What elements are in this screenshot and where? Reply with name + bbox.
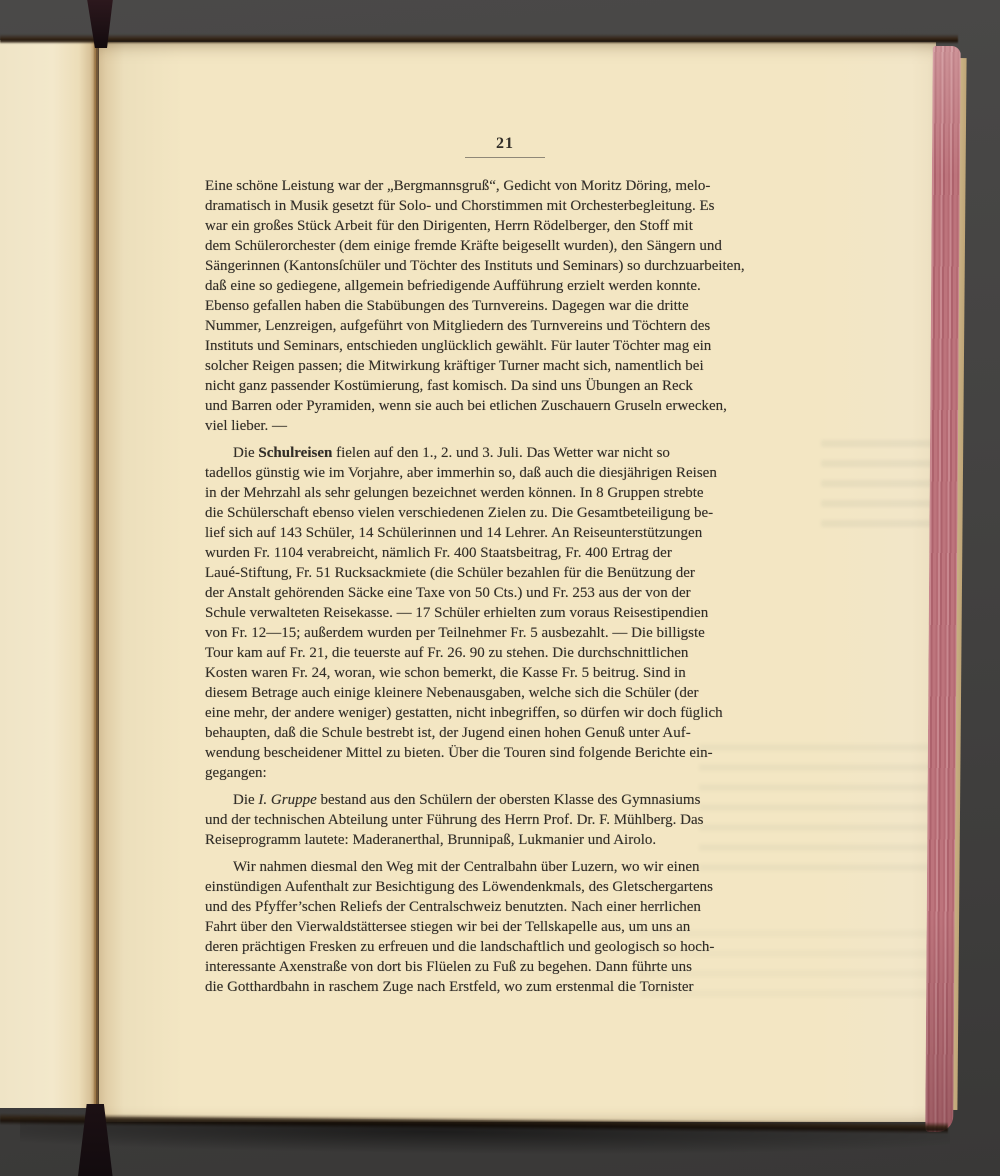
text-line: Nummer, Lenzreigen, aufgeführt von Mitgl…: [205, 316, 805, 336]
text-line: interessante Axenstraße von dort bis Flü…: [205, 957, 805, 977]
text-line: wurden Fr. 1104 verabreicht, nämlich Fr.…: [205, 543, 805, 563]
text-line: wendung bescheidener Mittel zu bieten. Ü…: [205, 743, 805, 763]
text-line: die Gotthardbahn in raschem Zuge nach Er…: [205, 977, 805, 997]
paragraph: Eine schöne Leistung war der „Bergmannsg…: [205, 176, 805, 436]
text-line: Tour kam auf Fr. 21, die teuerste auf Fr…: [205, 643, 805, 663]
text-line: diesem Betrage auch einige kleinere Nebe…: [205, 683, 805, 703]
text-line: tadellos günstig wie im Vorjahre, aber i…: [205, 463, 805, 483]
text-line: eine mehr, der andere weniger) gestatten…: [205, 703, 805, 723]
text-line: gegangen:: [205, 763, 805, 783]
text-line: einstündigen Aufenthalt zur Besichtigung…: [205, 877, 805, 897]
text-line: behaupten, daß die Schule bestrebt ist, …: [205, 723, 805, 743]
text-line: der Anstalt gehörenden Säcke eine Taxe v…: [205, 583, 805, 603]
text-line: von Fr. 12—15; außerdem wurden per Teiln…: [205, 623, 805, 643]
page-number: 21: [205, 135, 805, 153]
text-line: und Barren oder Pyramiden, wenn sie auch…: [205, 396, 805, 416]
text-line: Laué-Stiftung, Fr. 51 Rucksackmiete (die…: [205, 563, 805, 583]
facing-page: [0, 40, 96, 1108]
text-line: Die I. Gruppe bestand aus den Schülern d…: [205, 790, 805, 810]
text-line: Sängerinnen (Kantonsſchüler und Töchter …: [205, 256, 805, 276]
text-line: dramatisch in Musik gesetzt für Solo- un…: [205, 196, 805, 216]
book-page: 21 Eine schöne Leistung war der „Bergman…: [99, 42, 936, 1122]
text-line: dem Schülerorchester (dem einige fremde …: [205, 236, 805, 256]
text-line: deren prächtigen Fresken zu erfreuen und…: [205, 937, 805, 957]
text-line: und des Pfyffer’schen Reliefs der Centra…: [205, 897, 805, 917]
text-line: Ebenso gefallen haben die Stabübungen de…: [205, 296, 805, 316]
text-line: nicht ganz passender Kostümierung, fast …: [205, 376, 805, 396]
text-line: Instituts und Seminars, entschieden ungl…: [205, 336, 805, 356]
paragraph: Die Schulreisen fielen auf den 1., 2. un…: [205, 443, 805, 783]
text-line: viel lieber. —: [205, 416, 805, 436]
paragraph: Wir nahmen diesmal den Weg mit der Centr…: [205, 857, 805, 997]
text-line: lief sich auf 143 Schüler, 14 Schülerinn…: [205, 523, 805, 543]
text-line: Wir nahmen diesmal den Weg mit der Centr…: [205, 857, 805, 877]
page-number-rule: [465, 157, 545, 158]
text-line: in der Mehrzahl als sehr gelungen bezeic…: [205, 483, 805, 503]
book-scan: 21 Eine schöne Leistung war der „Bergman…: [0, 0, 1000, 1176]
text-line: Fahrt über den Vierwaldstättersee stiege…: [205, 917, 805, 937]
page-top-edge: [0, 34, 958, 44]
text-line: die Schülerschaft ebenso vielen verschie…: [205, 503, 805, 523]
paragraph: Die I. Gruppe bestand aus den Schülern d…: [205, 790, 805, 850]
body-text: Eine schöne Leistung war der „Bergmannsg…: [205, 176, 805, 997]
text-line: Die Schulreisen fielen auf den 1., 2. un…: [205, 443, 805, 463]
book-shadow: [20, 1116, 950, 1164]
text-line: Kosten waren Fr. 24, woran, wie schon be…: [205, 663, 805, 683]
text-line: solcher Reigen passen; die Mitwirkung kr…: [205, 356, 805, 376]
text-line: und der technischen Abteilung unter Führ…: [205, 810, 805, 830]
text-line: Schule verwalteten Reisekasse. — 17 Schü…: [205, 603, 805, 623]
text-column: 21 Eine schöne Leistung war der „Bergman…: [205, 135, 805, 997]
text-line: daß eine so gediegene, allgemein befried…: [205, 276, 805, 296]
text-line: war ein großes Stück Arbeit für den Diri…: [205, 216, 805, 236]
text-line: Reiseprogramm lautete: Maderanerthal, Br…: [205, 830, 805, 850]
text-line: Eine schöne Leistung war der „Bergmannsg…: [205, 176, 805, 196]
